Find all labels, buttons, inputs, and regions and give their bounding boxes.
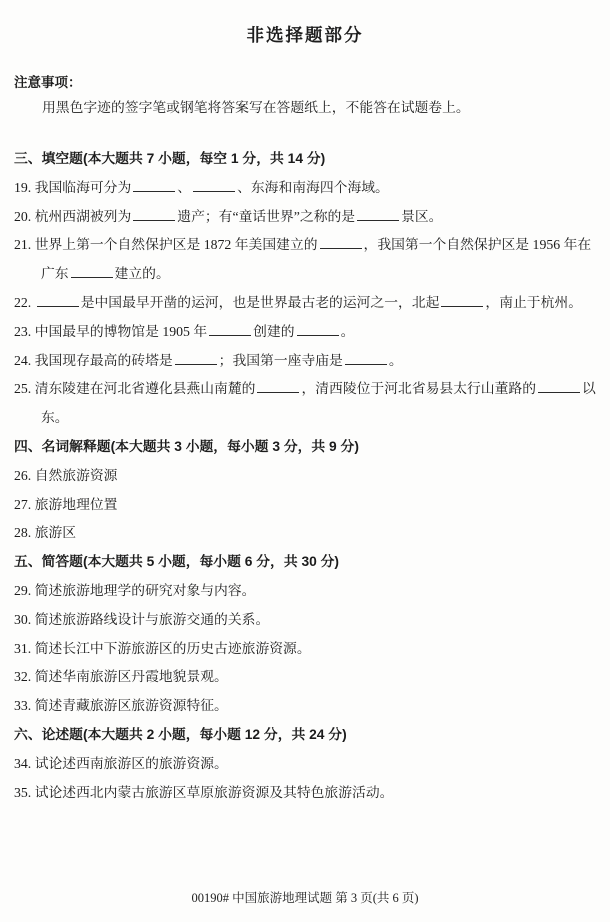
question-number: 22. bbox=[14, 295, 35, 310]
exam-page: 非选择题部分 注意事项： 用黑色字迹的签字笔或钢笔将答案写在答题纸上，不能答在试… bbox=[0, 0, 610, 922]
question-list: 29. 简述旅游地理学的研究对象与内容。 30. 简述旅游路线设计与旅游交通的关… bbox=[14, 577, 596, 721]
answer-blank bbox=[441, 293, 483, 307]
question-number: 32. bbox=[14, 669, 35, 684]
answer-blank bbox=[133, 207, 175, 221]
question-number: 26. bbox=[14, 468, 35, 483]
question: 27. 旅游地理位置 bbox=[14, 491, 596, 520]
question-number: 30. bbox=[14, 612, 35, 627]
answer-blank bbox=[133, 178, 175, 192]
section-heading: 三、填空题(本大题共 7 小题，每空 1 分，共 14 分) bbox=[14, 145, 596, 174]
question-number: 27. bbox=[14, 497, 35, 512]
page-title: 非选择题部分 bbox=[14, 24, 596, 46]
question: 23. 中国最早的博物馆是 1905 年创建的。 bbox=[14, 318, 596, 347]
sections-container: 三、填空题(本大题共 7 小题，每空 1 分，共 14 分) 19. 我国临海可… bbox=[14, 145, 596, 807]
question-number: 28. bbox=[14, 525, 35, 540]
notice-heading: 注意事项： bbox=[14, 70, 596, 95]
question: 29. 简述旅游地理学的研究对象与内容。 bbox=[14, 577, 596, 606]
answer-blank bbox=[37, 293, 79, 307]
answer-blank bbox=[71, 264, 113, 278]
question: 30. 简述旅游路线设计与旅游交通的关系。 bbox=[14, 606, 596, 635]
question-number: 34. bbox=[14, 756, 35, 771]
question-list: 19. 我国临海可分为、、东海和南海四个海域。 20. 杭州西湖被列为遗产；有“… bbox=[14, 174, 596, 433]
question-number: 19. bbox=[14, 180, 35, 195]
page-footer: 00190# 中国旅游地理试题 第 3 页(共 6 页) bbox=[0, 888, 610, 906]
answer-blank bbox=[320, 235, 362, 249]
question-number: 29. bbox=[14, 583, 35, 598]
section-heading: 六、论述题(本大题共 2 小题，每小题 12 分，共 24 分) bbox=[14, 721, 596, 750]
answer-blank bbox=[175, 351, 217, 365]
question-number: 23. bbox=[14, 324, 35, 339]
answer-blank bbox=[209, 322, 251, 336]
question-list: 34. 试论述西南旅游区的旅游资源。 35. 试论述西北内蒙古旅游区草原旅游资源… bbox=[14, 750, 596, 808]
answer-blank bbox=[193, 178, 235, 192]
answer-blank bbox=[297, 322, 339, 336]
exam-section: 三、填空题(本大题共 7 小题，每空 1 分，共 14 分) 19. 我国临海可… bbox=[14, 145, 596, 433]
answer-blank bbox=[257, 379, 299, 393]
question-list: 26. 自然旅游资源 27. 旅游地理位置 28. 旅游区 bbox=[14, 462, 596, 548]
question: 21. 世界上第一个自然保护区是 1872 年美国建立的，我国第一个自然保护区是… bbox=[14, 231, 596, 289]
question: 34. 试论述西南旅游区的旅游资源。 bbox=[14, 750, 596, 779]
exam-section: 六、论述题(本大题共 2 小题，每小题 12 分，共 24 分) 34. 试论述… bbox=[14, 721, 596, 807]
answer-blank bbox=[357, 207, 399, 221]
section-heading: 四、名词解释题(本大题共 3 小题，每小题 3 分，共 9 分) bbox=[14, 433, 596, 462]
question: 35. 试论述西北内蒙古旅游区草原旅游资源及其特色旅游活动。 bbox=[14, 779, 596, 808]
question: 28. 旅游区 bbox=[14, 519, 596, 548]
question-number: 35. bbox=[14, 785, 35, 800]
question-number: 20. bbox=[14, 209, 35, 224]
question: 20. 杭州西湖被列为遗产；有“童话世界”之称的是景区。 bbox=[14, 203, 596, 232]
question: 24. 我国现存最高的砖塔是；我国第一座寺庙是。 bbox=[14, 347, 596, 376]
question-number: 21. bbox=[14, 237, 35, 252]
section-heading: 五、简答题(本大题共 5 小题，每小题 6 分，共 30 分) bbox=[14, 548, 596, 577]
question: 33. 简述青藏旅游区旅游资源特征。 bbox=[14, 692, 596, 721]
question-number: 25. bbox=[14, 381, 35, 396]
question-number: 24. bbox=[14, 353, 35, 368]
exam-section: 四、名词解释题(本大题共 3 小题，每小题 3 分，共 9 分) 26. 自然旅… bbox=[14, 433, 596, 548]
question: 22. 是中国最早开凿的运河，也是世界最古老的运河之一，北起，南止于杭州。 bbox=[14, 289, 596, 318]
answer-blank bbox=[538, 379, 580, 393]
exam-section: 五、简答题(本大题共 5 小题，每小题 6 分，共 30 分) 29. 简述旅游… bbox=[14, 548, 596, 721]
notice-block: 注意事项： 用黑色字迹的签字笔或钢笔将答案写在答题纸上，不能答在试题卷上。 bbox=[14, 70, 596, 120]
answer-blank bbox=[345, 351, 387, 365]
question-number: 31. bbox=[14, 641, 35, 656]
question: 19. 我国临海可分为、、东海和南海四个海域。 bbox=[14, 174, 596, 203]
question: 32. 简述华南旅游区丹霞地貌景观。 bbox=[14, 663, 596, 692]
notice-body: 用黑色字迹的签字笔或钢笔将答案写在答题纸上，不能答在试题卷上。 bbox=[14, 95, 596, 120]
question: 25. 清东陵建在河北省遵化县燕山南麓的，清西陵位于河北省易县太行山董路的以东。 bbox=[14, 375, 596, 433]
question: 31. 简述长江中下游旅游区的历史古迹旅游资源。 bbox=[14, 635, 596, 664]
question-number: 33. bbox=[14, 698, 35, 713]
question: 26. 自然旅游资源 bbox=[14, 462, 596, 491]
